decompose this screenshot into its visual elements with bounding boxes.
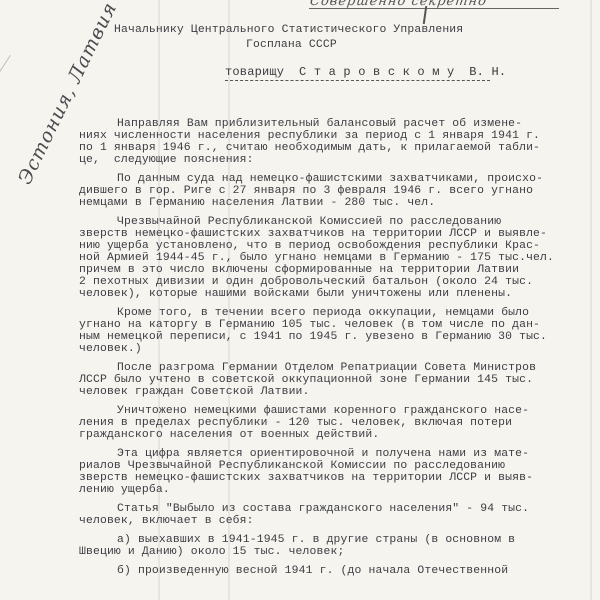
body-line: угнано на каторгу в Германию 105 тыс. че… [79, 319, 540, 331]
body-line: немцами в Германию населения Латвии - 28… [79, 197, 435, 209]
body-line: причем в это число включены сформированн… [79, 264, 519, 276]
classification-stamp: Совершенно секретно [309, 0, 561, 9]
body-line: ЛССР было учтено в советской оккупационн… [79, 374, 533, 386]
body-line: Кроме того, в течении всего периода окку… [117, 307, 529, 319]
body-line: це, следующие пояснения: [79, 154, 254, 166]
body-line: по 1 января 1946 г., считаю необходимым … [79, 142, 540, 154]
fold-line [590, 0, 592, 600]
body-line: а) выехавших в 1941-1945 г. в другие стр… [117, 534, 515, 546]
addressee-underline [225, 80, 490, 81]
body-line: Швецию и Данию) около 15 тыс. человек; [79, 546, 344, 558]
body-line: Эта цифра является ориентировочной и пол… [117, 448, 529, 460]
body-line: б) произведенную весной 1941 г. (до нача… [117, 565, 508, 577]
body-line: Чрезвычайной Республиканской Комиссией п… [117, 216, 501, 228]
addressee: товарищу С т а р о в с к о м у В. Н. [225, 65, 506, 79]
document-page: Совершенно секретно Эстония, Латвия д. Н… [0, 0, 600, 600]
body-line: гражданского населения от военных действ… [79, 429, 379, 441]
body-line: риалов Чрезвычайной Республиканской Коми… [79, 460, 505, 472]
body-line: человек, включает в себя: [79, 515, 254, 527]
body-line: 2 пехотных дивизии и один добровольчески… [79, 276, 533, 288]
header-line-2: Госплана СССР [246, 39, 337, 51]
body-line: Статья "Выбыло из состава гражданского н… [117, 503, 529, 515]
body-line: лению ущерба. [79, 484, 170, 496]
body-line: После разгрома Германии Отделом Репатриа… [117, 362, 536, 374]
body-line: человек граждан Советской Латвии. [79, 386, 310, 398]
body-line: ниях численности населения республики за… [79, 130, 540, 142]
body-line: зверств немецко-фашистских захватчиков н… [79, 472, 533, 484]
body-line: зверств немецко-фашистских захватчиков н… [79, 228, 547, 240]
body-line: ной Армией 1944-45 г., было угнано немца… [79, 252, 554, 264]
body-line: Уничтожено немецкими фашистами коренного… [117, 405, 529, 417]
body-line: ления в пределах республики - 120 тыс. ч… [79, 417, 512, 429]
body-line: человек), которые нашими войсками были у… [79, 288, 512, 300]
body-line: ным немецкой переписи, с 1941 по 1945 г.… [79, 331, 547, 343]
body-line: дившего в гор. Риге с 27 января по 3 фев… [79, 185, 533, 197]
body-line: человек.) [79, 343, 142, 355]
body-line: нию ущерба установлено, что в период осв… [79, 240, 540, 252]
body-line: Направляя Вам приблизительный балансовый… [117, 118, 522, 130]
body-line: По данным суда над немецко-фашистскими з… [117, 173, 543, 185]
margin-stroke [0, 55, 11, 194]
header-line-1: Начальнику Центрального Статистического … [114, 24, 463, 36]
